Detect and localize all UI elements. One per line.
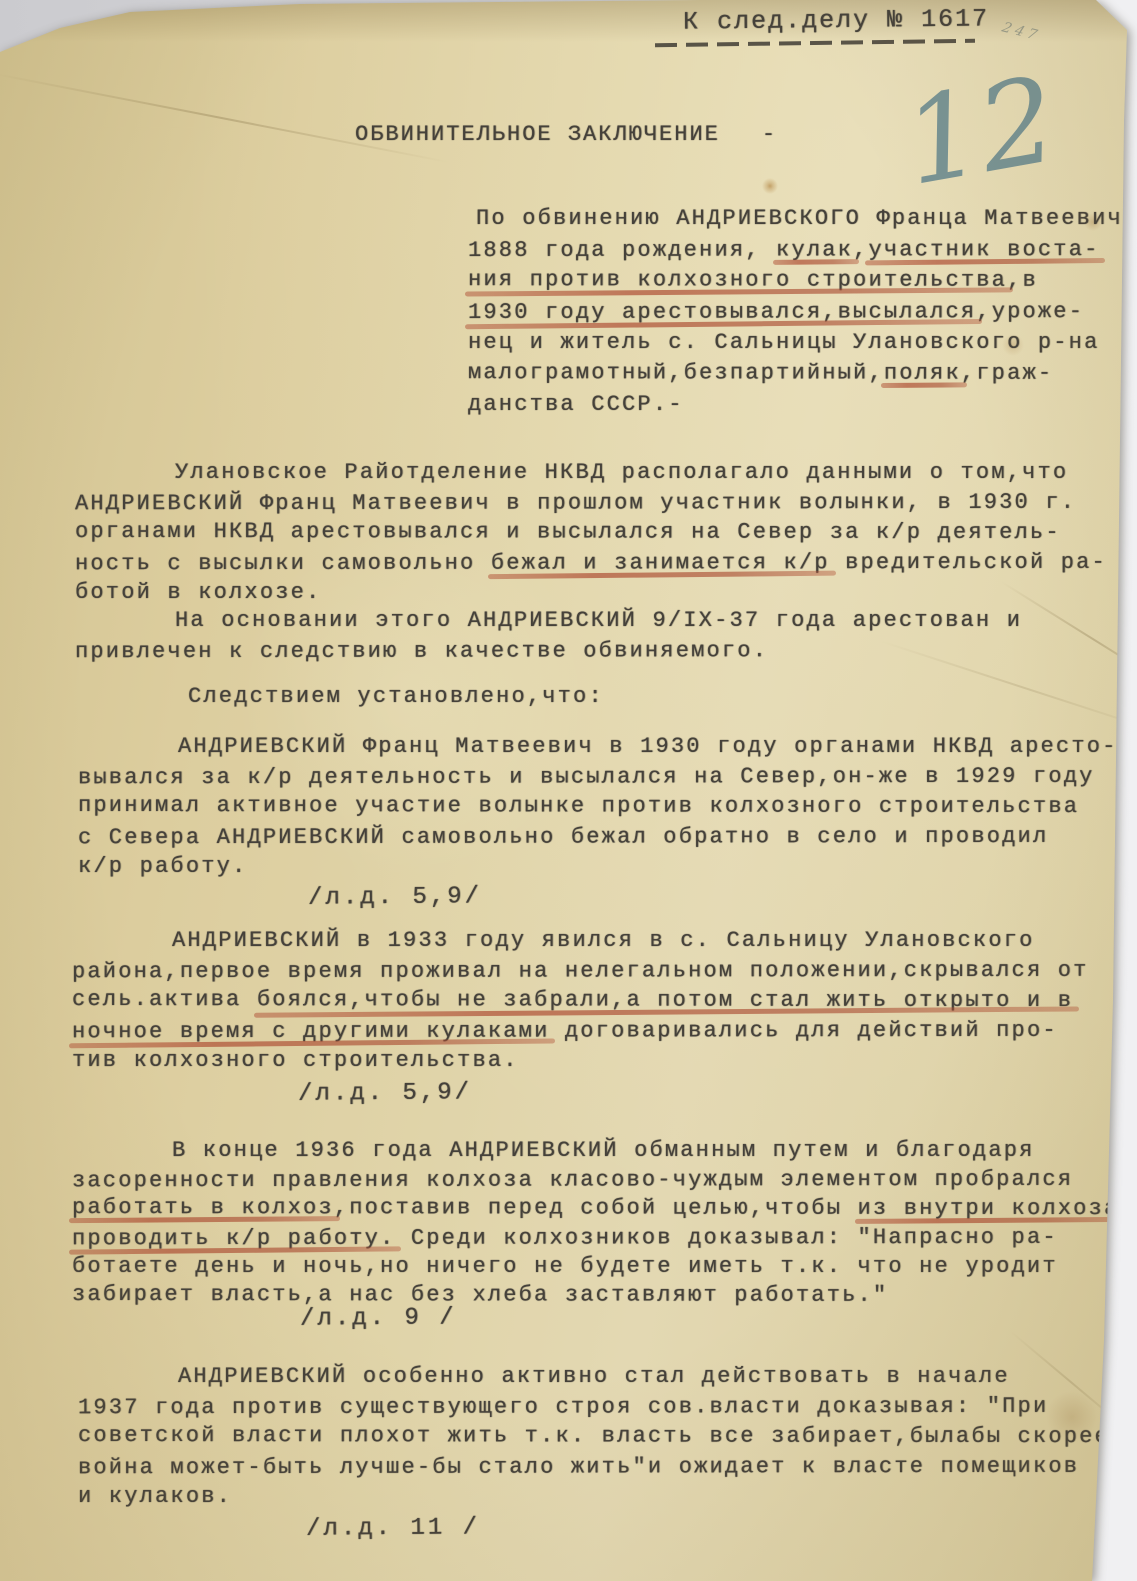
paper-crease [880,640,1137,735]
typed-text: В конце 1936 года АНДРИЕВСКИЙ обманным п… [172,1138,1035,1163]
typed-text: советской власти плохот жить т.к. власть… [78,1423,1110,1449]
red-underlined-text: проводить к/р работу. [72,1226,395,1251]
paragraph-1937-agitation: АНДРИЕВСКИЙ особенно активно стал действ… [78,1362,1110,1512]
paragraph-1933-return: АНДРИЕВСКИЙ в 1933 году явился в с. Саль… [72,926,1089,1076]
typed-line: вывался за к/р деятельность и высылался … [78,762,1118,793]
title-dash: - [762,122,777,147]
typed-text: тив колхозного строительства. [72,1048,519,1073]
sheet-reference: /л.д. 9 / [300,1304,457,1332]
document-title: ОБВИНИТЕЛЬНОЕ ЗАКЛЮЧЕНИЕ [355,122,720,147]
paper-sheet: К след.делу № 1617 247 ОБВИНИТЕЛЬНОЕ ЗАК… [0,0,1137,1581]
typed-text: района,первое время проживал на нелегаль… [72,958,1089,984]
typed-line: война может-быть лучше-бы стало жить"и о… [78,1452,1110,1483]
typed-text: нец и житель с. Сальницы Улановского р-н… [468,330,1100,355]
red-underlined-text: участник воста- [868,237,1099,262]
typed-line: В конце 1936 года АНДРИЕВСКИЙ обманным п… [72,1136,1119,1165]
red-underlined-text: из внутри колхоза [858,1196,1120,1221]
typed-line: ность с высылки самовольно бежал и заним… [75,548,1107,579]
typed-text: 1888 года рождения, [468,238,776,263]
typed-text: к/р работу. [78,854,247,879]
typed-line: привлечен к следствию в качестве обвиняе… [75,636,1022,667]
typed-line: района,первое время проживал на нелегаль… [72,956,1089,987]
typed-text: с Севера АНДРИЕВСКИЙ самовольно бежал об… [78,824,1048,850]
typed-line: ботаете день и ночь,но ничего не будете … [72,1252,1119,1281]
typed-text: забирает власть,а нас без хлеба заставля… [72,1282,888,1308]
typed-text: По обвинению АНДРИЕВСКОГО Франца Матвеев… [476,206,1137,231]
typed-text: договаривались для действий про- [549,1018,1057,1044]
paragraph-nkvd-data: Улановское Райотделение НКВД располагало… [75,458,1107,608]
typed-line: АНДРИЕВСКИЙ особенно активно стал действ… [78,1362,1110,1392]
typed-line: работать в колхоз,поставив перед собой ц… [72,1193,1119,1223]
red-underlined-text: боялся,чтобы не забрали,а потом стал жит… [257,987,1073,1013]
typed-line: АНДРИЕВСКИЙ Франц Матвеевич в прошлом уч… [75,488,1107,519]
case-file-stamp: К след.делу № 1617 [683,4,989,36]
typed-line: ботой в колхозе. [75,578,1107,608]
red-underlined-text: поляк [884,361,961,386]
typed-text: и кулаков. [78,1484,232,1509]
typed-text: Улановское Райотделение НКВД располагало… [175,460,1068,485]
typed-text: война может-быть лучше-бы стало жить"и о… [78,1454,1079,1480]
typed-line: и кулаков. [78,1482,1110,1512]
typed-line: с Севера АНДРИЕВСКИЙ самовольно бежал об… [78,822,1118,853]
typed-text: На основании этого АНДРИЕВСКИЙ 9/IX-37 г… [175,608,1022,633]
typed-text: сель.актива [72,987,257,1012]
paper-wrapper: К след.делу № 1617 247 ОБВИНИТЕЛЬНОЕ ЗАК… [0,0,1137,1581]
typed-text: вредительской ра- [830,550,1107,575]
typed-text: малограмотный,безпартийный, [468,360,884,385]
sheet-reference: /л.д. 5,9/ [308,883,482,912]
typed-text: ,уроже- [976,299,1084,324]
typed-line: Улановское Райотделение НКВД располагало… [75,458,1107,488]
typed-line: сель.актива боялся,чтобы не забрали,а по… [72,985,1089,1016]
typed-text: 1937 года против существующего строя сов… [78,1394,1048,1420]
typed-line: данства СССР.- [468,389,1137,420]
typed-text: АНДРИЕВСКИЙ в 1933 году явился в с. Саль… [172,928,1035,953]
typed-line: На основании этого АНДРИЕВСКИЙ 9/IX-37 г… [75,606,1022,636]
typed-line: тив колхозного строительства. [72,1046,1089,1076]
handwritten-page-number: 12 [896,60,1064,202]
red-underlined-text: ния против колхозного строительства [468,267,1007,293]
typed-text: ность с высылки самовольно [75,551,491,577]
red-underlined-text: ночное время с другими кулаками [72,1019,550,1045]
sheet-reference: /л.д. 5,9/ [298,1079,472,1108]
typed-text: ботой в колхозе. [75,580,321,605]
typed-line: засоренности правления колхоза класово-ч… [72,1165,1119,1195]
typed-line: принимал активное участие волынке против… [78,791,1118,822]
case-file-stamp-text: К след.делу № 1617 [683,4,989,36]
red-underlined-text: работать в колхоз [72,1195,334,1220]
typed-text: привлечен к следствию в качестве обвиняе… [75,638,768,664]
typed-line: АНДРИЕВСКИЙ в 1933 году явился в с. Саль… [72,926,1089,956]
typed-line: органами НКВД арестовывался и высылался … [75,517,1107,548]
typed-line: АНДРИЕВСКИЙ Франц Матвеевич в 1930 году … [78,732,1118,762]
typed-line: 1930 году арестовывался,высылался,уроже- [468,296,1137,328]
document-title-row: ОБВИНИТЕЛЬНОЕ ЗАКЛЮЧЕНИЕ- [355,122,777,147]
red-underlined-text: бежал и занимается к/р [491,550,830,575]
red-underlined-text: кулак [776,237,853,262]
typed-text: ,в [1007,268,1038,293]
typed-line: к/р работу. [78,852,1118,882]
paragraph-1930-exile: АНДРИЕВСКИЙ Франц Матвеевич в 1930 году … [78,732,1118,882]
typed-text: ,граж- [961,361,1053,386]
typed-line: нец и житель с. Сальницы Улановского р-н… [468,327,1137,358]
typed-text: АНДРИЕВСКИЙ Франц Матвеевич в прошлом уч… [75,490,1076,516]
typed-text: , [853,237,868,262]
typed-text: органами НКВД арестовывался и высылался … [75,519,1061,545]
established-line: Следствием установлено,что: [188,684,604,709]
paragraph-arrest: На основании этого АНДРИЕВСКИЙ 9/IX-37 г… [75,606,1022,666]
typed-line: малограмотный,безпартийный,поляк,граж- [468,357,1137,389]
typed-line: По обвинению АНДРИЕВСКОГО Франца Матвеев… [468,203,1137,234]
scanned-document-page: К след.делу № 1617 247 ОБВИНИТЕЛЬНОЕ ЗАК… [0,0,1137,1581]
typed-line: ния против колхозного строительства,в [468,264,1137,296]
paper-crease [999,580,1137,698]
pencil-annotation: 247 [1000,20,1044,44]
typed-text: ботаете день и ночь,но ничего не будете … [72,1254,1058,1279]
typed-text: АНДРИЕВСКИЙ Франц Матвеевич в 1930 году … [178,734,1118,759]
stamp-dashed-underline [655,39,975,47]
paper-crease [1009,1330,1133,1434]
typed-line: 1888 года рождения, кулак,участник воста… [468,234,1137,266]
typed-line: 1937 года против существующего строя сов… [78,1392,1110,1423]
typed-text: засоренности правления колхоза класово-ч… [72,1167,1073,1193]
typed-text: вывался за к/р деятельность и высылался … [78,764,1095,790]
typed-text: ,поставив перед собой целью,чтобы [334,1195,858,1221]
paper-crease [0,72,452,164]
typed-line: проводить к/р работу. Среди колхозников … [72,1223,1119,1253]
typed-line: советской власти плохот жить т.к. власть… [78,1421,1110,1452]
sheet-reference: /л.д. 11 / [306,1514,480,1543]
typed-text: АНДРИЕВСКИЙ особенно активно стал действ… [178,1364,1010,1389]
accused-preamble-block: По обвинению АНДРИЕВСКОГО Франца Матвеев… [468,203,1137,420]
typed-text: Среди колхозников доказывал: "Напрасно р… [395,1225,1057,1251]
paragraph-1936-kolkhoz: В конце 1936 года АНДРИЕВСКИЙ обманным п… [72,1136,1119,1310]
typed-text: данства СССР.- [468,392,684,417]
red-underlined-text: 1930 году арестовывался,высылался [468,299,976,325]
typed-line: ночное время с другими кулаками договари… [72,1016,1089,1047]
typed-line: забирает власть,а нас без хлеба заставля… [72,1280,1119,1310]
typed-text: принимал активное участие волынке против… [78,793,1079,819]
